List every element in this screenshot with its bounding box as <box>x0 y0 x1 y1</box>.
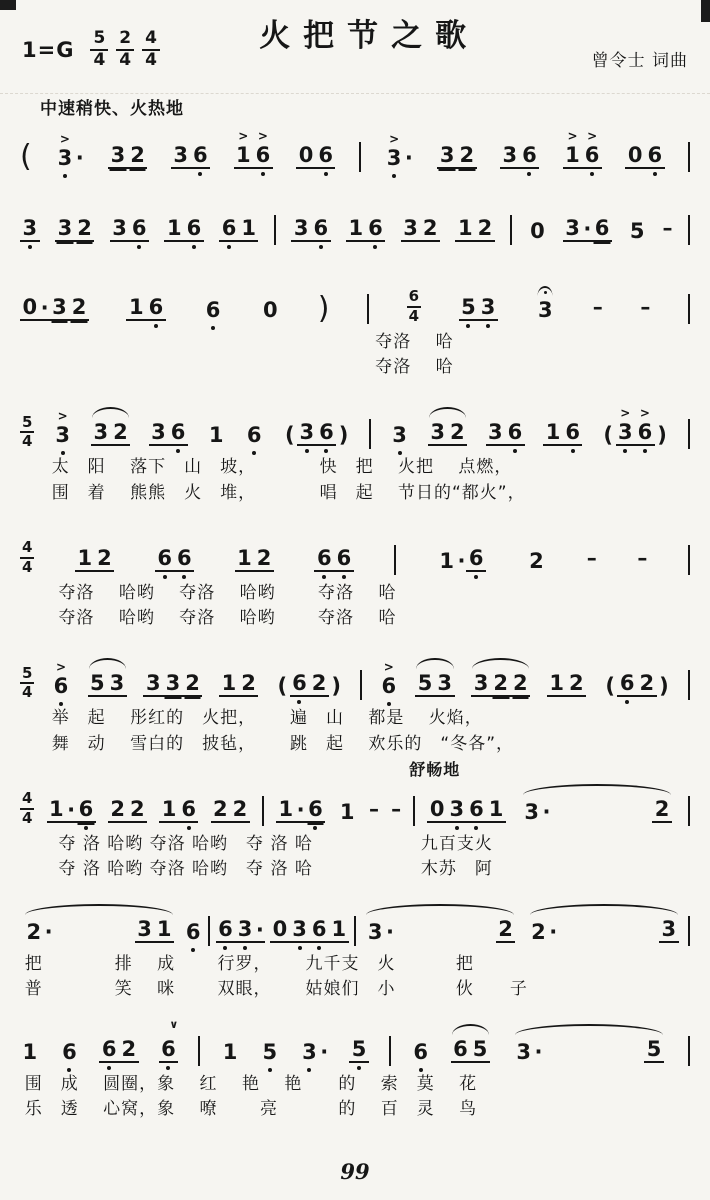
note-char: 2 <box>447 422 467 446</box>
note-char: 6 <box>317 422 337 446</box>
low-octave-dot-icon <box>474 826 478 830</box>
note-group: 5 <box>260 1042 280 1063</box>
time-signature-numerator: 5 <box>20 666 34 685</box>
note-char: 3 <box>428 422 448 446</box>
low-octave-dot-icon <box>59 702 63 706</box>
note-char: 6 <box>179 799 199 823</box>
score-line: 0·321660)64533––夺洛 哈夺洛 哈 <box>18 264 692 381</box>
note-char: 6 <box>617 673 637 697</box>
note-group: 32 <box>437 145 476 169</box>
note-char: 1 <box>206 425 226 446</box>
slur-group: 53 <box>88 673 127 697</box>
key-signature: 1=G <box>22 38 74 62</box>
slur-arc-icon <box>25 904 173 915</box>
low-octave-dot-icon <box>527 172 531 176</box>
time-signature: 54 <box>20 415 34 451</box>
notes-row: 546>5333212(62)6>5332212(62) <box>18 641 692 711</box>
barline <box>367 294 369 324</box>
note-group: 1 <box>206 425 226 446</box>
note-char: 6 <box>155 548 175 572</box>
note-group: 12 <box>235 548 274 572</box>
note-group: 3 <box>659 919 679 943</box>
note-char: 1 <box>547 673 567 697</box>
note-char: 1 <box>239 218 259 242</box>
low-octave-dot-icon <box>474 575 478 579</box>
note-char: 6 <box>129 218 149 242</box>
note-char: · <box>385 922 395 943</box>
lyric-row: 夺洛 哈哟 夺洛 哈哟 夺洛 哈 <box>58 581 692 607</box>
time-signature: 5 4 <box>90 30 108 70</box>
note-char: 2 <box>108 799 128 823</box>
note-char: · <box>44 922 54 943</box>
note-char: ( <box>275 676 290 697</box>
lyric-row: 夺 洛 哈哟 夺洛 哈哟 夺 洛 哈 九百支火 <box>58 832 692 858</box>
note-char: 2 <box>24 922 44 943</box>
note-group: 12 <box>455 218 494 242</box>
note-char: 3 <box>135 919 155 943</box>
note-group: 3·6 <box>563 218 612 242</box>
note-char: 2 <box>529 922 549 943</box>
time-signature: 2 4 <box>116 30 134 70</box>
note-group: 0 <box>261 300 281 321</box>
time-signature-numerator: 4 <box>20 540 34 559</box>
note-char: · <box>40 298 50 321</box>
note-char: 2 <box>254 548 274 572</box>
note-char: 3 <box>50 297 70 321</box>
note-group: 36 <box>110 218 149 242</box>
note-group: 2 <box>527 551 547 572</box>
barline <box>688 1036 690 1066</box>
note-group: 1 <box>220 1042 240 1063</box>
time-signature: 54 <box>20 666 34 702</box>
note-char: 6 <box>563 422 583 446</box>
lyric-row: 普 笑 咪 双眼， 姑娘们 小 伙 子 <box>25 977 692 1003</box>
accent-mark-icon: > <box>56 661 66 673</box>
note-group: (62) <box>275 673 343 697</box>
note-char: 3 <box>291 218 311 242</box>
low-octave-dot-icon <box>419 1068 423 1072</box>
note-group: 1·6 <box>437 548 486 572</box>
note-char: 3 <box>401 218 421 242</box>
note-group: 0·32 <box>20 297 89 321</box>
note-char: 6> <box>635 422 655 446</box>
note-char: 1 <box>20 1042 40 1063</box>
low-octave-dot-icon <box>223 946 227 950</box>
notes-row: 1662∨6153·56653·5 <box>18 1012 692 1076</box>
low-octave-dot-icon <box>176 449 180 453</box>
accent-mark-icon: > <box>389 133 399 145</box>
lyrics-block: 把 排 成 行罗， 九千支 火 把普 笑 咪 双眼， 姑娘们 小 伙 子 <box>18 952 692 1003</box>
note-char: 1 <box>220 1042 240 1063</box>
note-group: 3> <box>53 425 73 446</box>
note-char: 6> <box>253 145 273 169</box>
score: (3>·32361>6>063>·32361>6>063323616613616… <box>0 118 710 1123</box>
barline <box>354 916 356 946</box>
note-group: 1 <box>337 802 357 823</box>
low-octave-dot-icon <box>107 1066 111 1070</box>
barline <box>389 1036 391 1066</box>
lyrics-block: 夺 洛 哈哟 夺洛 哈哟 夺 洛 哈 九百支火夺 洛 哈哟 夺洛 哈哟 夺 洛 … <box>18 832 692 883</box>
note-char: · <box>319 1042 329 1063</box>
note-group: 32 <box>428 422 467 446</box>
low-octave-dot-icon <box>466 324 470 328</box>
note-char: 3 <box>437 145 457 169</box>
low-octave-dot-icon <box>486 324 490 328</box>
slur-group: 53 <box>415 673 454 697</box>
note-group: 6 <box>203 300 223 321</box>
note-char: 6 <box>159 1039 179 1063</box>
note-char: 3 <box>171 145 191 169</box>
note-char: 2 <box>230 799 250 823</box>
note-group: 32 <box>401 218 440 242</box>
note-char: 2 <box>457 145 477 169</box>
note-group: 16 <box>164 218 203 242</box>
note-group: 53 <box>415 673 454 697</box>
tempo-marking: 中速稍快、火热地 <box>40 94 184 119</box>
slur-group: 2·3 <box>529 919 679 943</box>
note-group: 3>· <box>55 148 85 169</box>
note-char: 3 <box>522 802 542 823</box>
low-octave-dot-icon <box>623 449 627 453</box>
score-line: 2·31663·03613·22·3把 排 成 行罗， 九千支 火 把普 笑 咪… <box>18 892 692 1003</box>
note-char: 2 <box>309 673 329 697</box>
duration-dash: – <box>640 297 650 317</box>
note-char: 0 <box>296 145 316 169</box>
note-char: 1 <box>159 799 179 823</box>
note-char: 6 <box>168 422 188 446</box>
note-group: 3· <box>514 1042 544 1063</box>
low-octave-dot-icon <box>317 946 321 950</box>
note-char: 1 <box>235 548 255 572</box>
time-signature-numerator: 6 <box>407 289 421 308</box>
time-signature-denominator: 4 <box>22 559 32 576</box>
note-group: 16 <box>159 799 198 823</box>
barline <box>688 294 690 324</box>
slur-group: 322 <box>471 673 530 697</box>
note-char: 2 <box>119 1039 139 1063</box>
note-char: 1> <box>563 145 583 169</box>
fermata-icon <box>538 286 553 296</box>
barline <box>360 670 362 700</box>
note-char: 1 <box>154 919 174 943</box>
note-group: 0361 <box>270 919 349 943</box>
note-group: (62) <box>603 673 671 697</box>
note-group: 32 <box>91 422 130 446</box>
note-char: 5 <box>349 1039 369 1063</box>
low-octave-dot-icon <box>28 245 32 249</box>
note-char: 3> <box>55 148 75 169</box>
note-char: 6 <box>244 425 264 446</box>
accent-mark-icon: > <box>587 130 597 142</box>
note-group: 1>6> <box>563 145 602 169</box>
note-char: 6 <box>309 919 329 943</box>
note-char: 5 <box>260 1042 280 1063</box>
notes-row: (3>·32361>6>063>·32361>6>06 <box>18 118 692 182</box>
duration-dash: – <box>637 548 647 568</box>
lyric-row: 乐 透 心窝，象 嘹 亮 的 百 灵 鸟 <box>25 1097 692 1123</box>
note-group: (3>6>) <box>601 422 669 446</box>
barline <box>359 142 361 172</box>
note-char: 2 <box>420 218 440 242</box>
note-group: 53 <box>88 673 127 697</box>
notes-row: 44126612661·62–– <box>18 515 692 585</box>
note-char: 3 <box>478 297 498 321</box>
page-number: 99 <box>0 1159 710 1184</box>
note-group: 12 <box>219 673 258 697</box>
note-group: 36 <box>486 422 525 446</box>
note-char: 3 <box>55 218 75 242</box>
note-char: 2 <box>75 218 95 242</box>
note-char: 6 <box>76 799 96 823</box>
low-octave-dot-icon <box>357 1066 361 1070</box>
barline <box>688 916 690 946</box>
low-octave-dot-icon <box>63 174 67 178</box>
composer-credit: 曾令士 词曲 <box>592 46 688 71</box>
low-octave-dot-icon <box>590 172 594 176</box>
note-group: 1·6 <box>47 799 96 823</box>
notes-row: 2·31663·03613·22·3 <box>18 892 692 956</box>
note-char: 2 <box>211 799 231 823</box>
note-char: 6 <box>314 548 334 572</box>
note-char: 6 <box>60 1042 80 1063</box>
note-char: 6 <box>411 1042 431 1063</box>
note-char: 3 <box>390 425 410 446</box>
note-char: 3 <box>149 422 169 446</box>
accent-mark-icon: > <box>58 410 68 422</box>
low-octave-dot-icon <box>653 172 657 176</box>
barline <box>688 796 690 826</box>
time-signature-denominator: 4 <box>409 308 419 325</box>
slur-arc-icon <box>92 407 129 418</box>
note-group: ∨6 <box>159 1039 179 1063</box>
low-octave-dot-icon <box>307 1068 311 1072</box>
note-group: 6> <box>379 676 399 697</box>
note-char: 3 <box>365 922 385 943</box>
notes-row: 441·62216221·61––舒畅地03613·2 <box>18 766 692 836</box>
note-group: 1>6> <box>234 145 273 169</box>
time-signature-numerator: 5 <box>20 415 34 434</box>
lyric-row: 夺 洛 哈哟 夺洛 哈哟 夺 洛 哈 木苏 阿 <box>58 857 692 883</box>
note-char: 2 <box>239 673 259 697</box>
breath-mark-icon: ∨ <box>169 1019 178 1030</box>
low-octave-dot-icon <box>322 575 326 579</box>
slur-group: 32 <box>91 422 130 446</box>
note-group: 3 <box>536 300 556 321</box>
note-char: 2 <box>111 422 131 446</box>
note-char: 3> <box>616 422 636 446</box>
note-group: 06 <box>625 145 664 169</box>
barline <box>208 916 210 946</box>
note-char: 6> <box>51 676 71 697</box>
low-octave-dot-icon <box>211 326 215 330</box>
note-char: 5 <box>88 673 108 697</box>
low-octave-dot-icon <box>387 702 391 706</box>
lyrics-block: 举 起 彤红的 火把， 遍 山 都是 火焰，舞 动 雪白的 披毡， 跳 起 欢乐… <box>18 706 692 757</box>
note-char: 3 <box>536 300 556 321</box>
note-group: 12 <box>547 673 586 697</box>
low-octave-dot-icon <box>198 172 202 176</box>
note-group: 322 <box>471 673 530 697</box>
low-octave-dot-icon <box>227 245 231 249</box>
time-signature-denominator: 4 <box>22 810 32 827</box>
note-group: 31 <box>135 919 174 943</box>
note-char: ( <box>601 425 616 446</box>
note-char: 2 <box>475 218 495 242</box>
notes-row: 0·321660)64533–– <box>18 264 692 334</box>
score-line: 44126612661·62––夺洛 哈哟 夺洛 哈哟 夺洛 哈夺洛 哈哟 夺洛… <box>18 515 692 632</box>
note-char: 6 <box>203 300 223 321</box>
barline <box>369 419 371 449</box>
key-and-meter: 1=G 5 4 2 4 4 4 <box>22 30 160 70</box>
note-char: 0 <box>261 300 281 321</box>
barline <box>198 1036 200 1066</box>
low-octave-dot-icon <box>305 449 309 453</box>
lyric-row: 把 排 成 行罗， 九千支 火 把 <box>25 952 692 978</box>
low-octave-dot-icon <box>67 1068 71 1072</box>
accent-mark-icon: > <box>258 130 268 142</box>
time-signature: 44 <box>20 540 34 576</box>
note-char: 6> <box>379 676 399 697</box>
note-char: · <box>75 148 85 169</box>
low-octave-dot-icon <box>455 826 459 830</box>
note-group: 36 <box>171 145 210 169</box>
note-group: 36 <box>149 422 188 446</box>
note-char: 2 <box>511 673 531 697</box>
note-group: 1·6 <box>276 799 325 823</box>
note-char: 1 <box>329 919 349 943</box>
note-char: 5 <box>459 297 479 321</box>
barline <box>262 796 264 826</box>
lyrics-block: 夺洛 哈夺洛 哈 <box>18 330 692 381</box>
note-char: 3 <box>297 422 317 446</box>
duration-dash: – <box>369 799 379 819</box>
low-octave-dot-icon <box>324 172 328 176</box>
note-char: 1 <box>455 218 475 242</box>
low-octave-dot-icon <box>84 826 88 830</box>
note-char: 0 <box>20 297 40 321</box>
note-group: 3· <box>300 1042 330 1063</box>
note-group: 3 <box>390 425 410 446</box>
time-signature-numerator: 2 <box>116 30 134 51</box>
note-char: 6 <box>505 422 525 446</box>
barline <box>688 215 690 245</box>
note-group: 63· <box>216 919 265 943</box>
note-char: 2 <box>127 799 147 823</box>
note-char: ( <box>282 425 297 446</box>
score-line: 3323616613616321203·65– <box>18 191 692 255</box>
note-group: 66 <box>155 548 194 572</box>
note-char: · <box>255 920 265 943</box>
time-signature: 4 4 <box>142 30 160 70</box>
note-char: 6 <box>366 218 386 242</box>
barline: 舒畅地 <box>413 796 415 826</box>
score-line: 546>5333212(62)6>5332212(62)举 起 彤红的 火把， … <box>18 641 692 758</box>
note-group: 6 <box>60 1042 80 1063</box>
song-title: 火把节之歌 <box>259 10 479 55</box>
note-char: 0 <box>625 145 645 169</box>
note-group: 2· <box>529 922 559 943</box>
note-char: 6 <box>190 145 210 169</box>
time-signature-denominator: 4 <box>119 51 131 70</box>
note-char: 6 <box>467 799 487 823</box>
note-char: 6 <box>184 218 204 242</box>
accent-mark-icon: > <box>384 661 394 673</box>
sheet-music-page: 1=G 5 4 2 4 4 4 火把节之歌 曾令士 词曲 中速稍快、火热地 (3… <box>0 0 710 1200</box>
note-char: 6 <box>334 548 354 572</box>
time-signature-list: 5 4 2 4 4 4 <box>90 30 160 70</box>
duration-dash: – <box>593 297 603 317</box>
note-group: 61 <box>219 218 258 242</box>
note-char: 6 <box>174 548 194 572</box>
note-group: 1 <box>20 1042 40 1063</box>
intro-parenthesis: ( <box>20 142 32 172</box>
note-group: 6 <box>183 922 203 943</box>
note-char: 6 <box>183 922 203 943</box>
note-char: ) <box>329 676 344 697</box>
low-octave-dot-icon <box>398 451 402 455</box>
note-char: 2 <box>128 145 148 169</box>
note-group: 32 <box>108 145 147 169</box>
note-char: 3 <box>447 799 467 823</box>
note-group: 3· <box>522 802 552 823</box>
note-char: 6 <box>645 145 665 169</box>
note-char: 3 <box>514 1042 534 1063</box>
note-char: 3 <box>435 673 455 697</box>
time-signature-numerator: 4 <box>20 791 34 810</box>
slur-arc-icon <box>416 658 453 669</box>
section-tempo-label: 舒畅地 <box>409 757 460 780</box>
note-char: · <box>542 802 552 823</box>
note-char: 1> <box>234 145 254 169</box>
barline <box>274 215 276 245</box>
note-char: · <box>582 219 592 242</box>
note-char: · <box>533 1042 543 1063</box>
accent-mark-icon: > <box>640 407 650 419</box>
note-char: ) <box>655 425 670 446</box>
note-char: · <box>456 551 466 572</box>
note-char: 3 <box>471 673 491 697</box>
note-char: 6 <box>216 919 236 943</box>
note-char: 0 <box>270 919 290 943</box>
note-group: 12 <box>75 548 114 572</box>
slur-arc-icon <box>523 784 671 795</box>
slur-group: 3·2 <box>522 799 672 823</box>
lyrics-block: 围 成 圆圈，象 红 艳 艳 的 索 莫 花乐 透 心窝，象 嘹 亮 的 百 灵… <box>18 1072 692 1123</box>
time-signature-denominator: 4 <box>93 51 105 70</box>
note-group: 62 <box>99 1039 138 1063</box>
note-char: 3 <box>563 218 583 242</box>
note-char: 6 <box>451 1039 471 1063</box>
barline <box>688 419 690 449</box>
note-char: 3 <box>500 145 520 169</box>
barline <box>688 142 690 172</box>
note-char: 1 <box>126 297 146 321</box>
lyric-row: 太 阳 落下 山 坡， 快 把 火把 点燃， <box>52 455 692 481</box>
note-char: 3 <box>108 145 128 169</box>
lyrics-block: 太 阳 落下 山 坡， 快 把 火把 点燃，围 着 熊熊 火 堆， 唱 起 节日… <box>18 455 692 506</box>
low-octave-dot-icon <box>163 575 167 579</box>
note-char: 3 <box>110 218 130 242</box>
note-char: 1 <box>219 673 239 697</box>
score-line: 441·62216221·61––舒畅地03613·2夺 洛 哈哟 夺洛 哈哟 … <box>18 766 692 883</box>
note-char: 3> <box>384 148 404 169</box>
note-group: 36 <box>500 145 539 169</box>
note-char: ) <box>336 425 351 446</box>
time-signature: 44 <box>20 791 34 827</box>
note-char: 2 <box>566 673 586 697</box>
note-group: 3>· <box>384 148 414 169</box>
note-group: 5 <box>627 221 647 242</box>
